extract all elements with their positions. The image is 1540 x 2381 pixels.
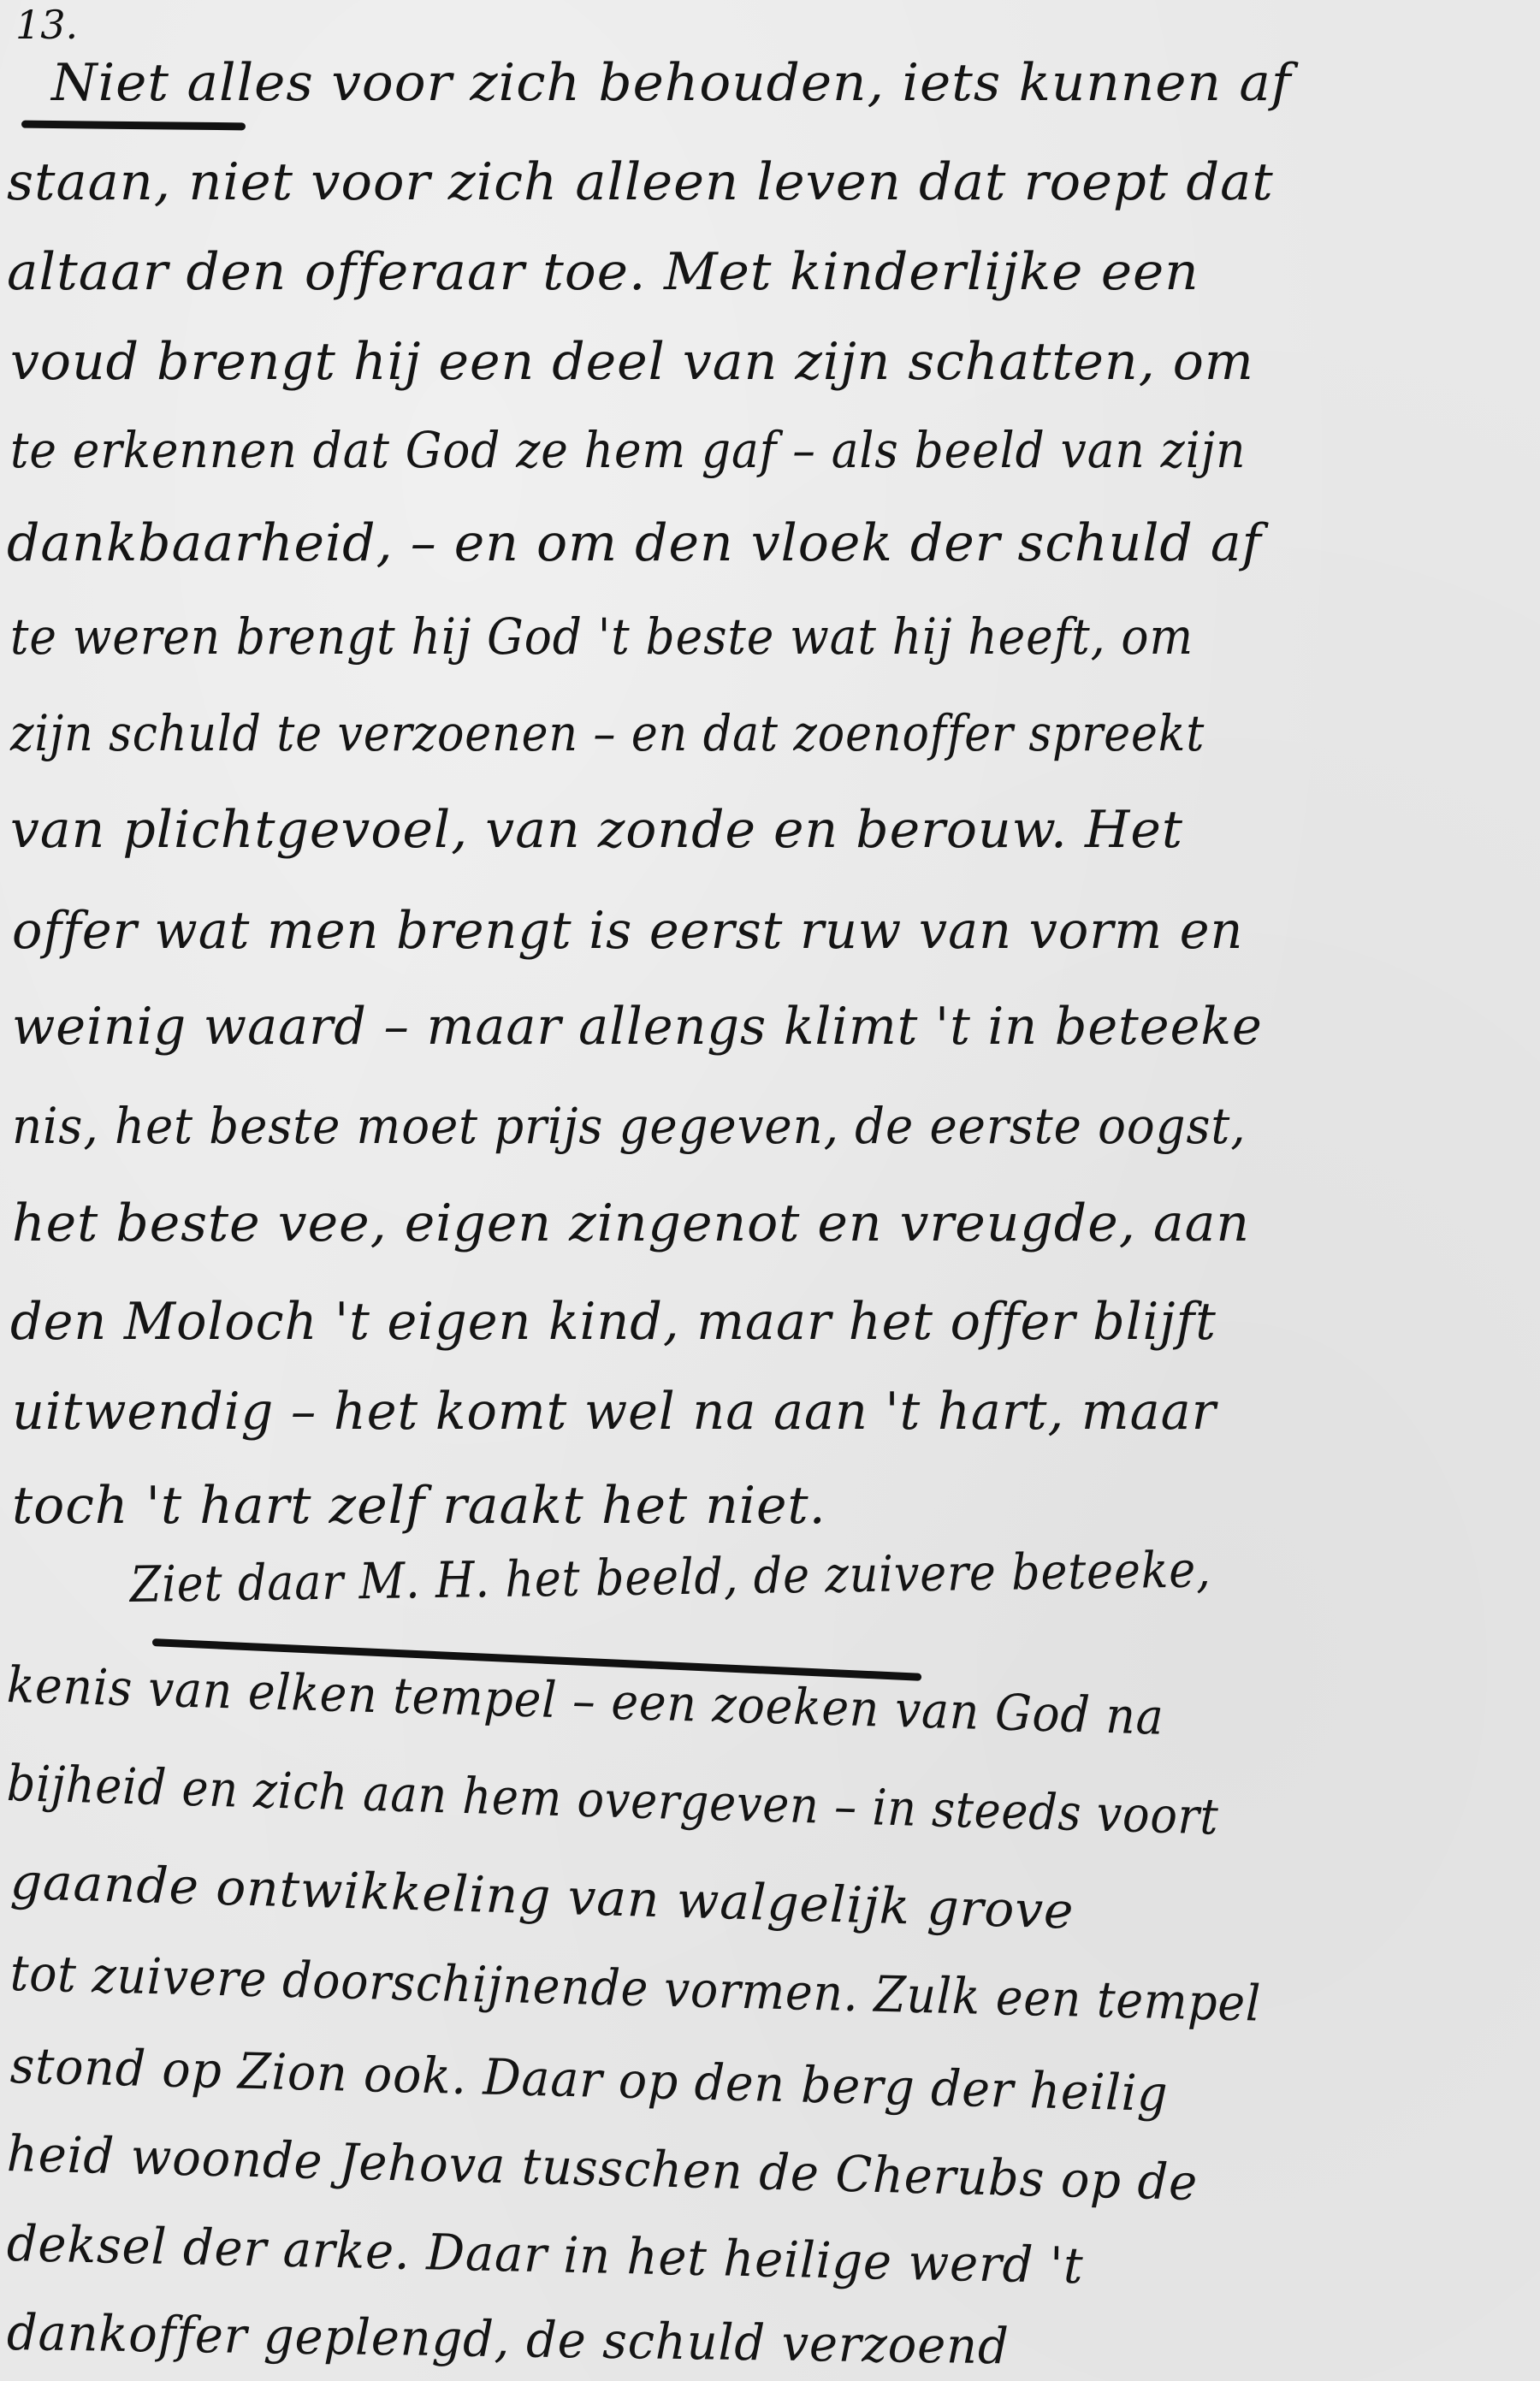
- text-line: Ziet daar M. H. het beeld, de zuivere be…: [130, 1540, 1211, 1614]
- text-line: stond op Zion ook. Daar op den berg der …: [9, 2036, 1169, 2123]
- text-line: dankbaarheid, – en om den vloek der schu…: [7, 513, 1262, 573]
- text-line: te erkennen dat God ze hem gaf – als bee…: [10, 421, 1246, 479]
- text-line: tot zuivere doorschijnende vormen. Zulk …: [9, 1944, 1262, 2033]
- text-line: voud brengt hij een deel van zijn schatt…: [10, 332, 1254, 392]
- text-line: kenis van elken tempel – een zoeken van …: [6, 1655, 1164, 1746]
- text-line: gaande ontwikkeling van walgelijk grove: [9, 1852, 1075, 1940]
- text-line: bijheid en zich aan hem overgeven – in s…: [6, 1754, 1219, 1846]
- manuscript-page: 13. Niet alles voor zich behouden, iets …: [0, 0, 1540, 2381]
- text-line: offer wat men brengt is eerst ruw van vo…: [12, 901, 1243, 961]
- text-line: altaar den offeraar toe. Met kinderlijke…: [7, 242, 1199, 302]
- text-line: Niet alles voor zich behouden, iets kunn…: [51, 53, 1292, 113]
- text-line: toch 't hart zelf raakt het niet.: [12, 1476, 826, 1536]
- text-line: van plichtgevoel, van zonde en berouw. H…: [10, 800, 1183, 860]
- text-line: uitwendig – het komt wel na aan 't hart,…: [12, 1382, 1217, 1442]
- text-line: den Moloch 't eigen kind, maar het offer…: [10, 1292, 1217, 1352]
- text-line: zijn schuld te verzoenen – en dat zoenof…: [10, 704, 1205, 762]
- text-line: deksel der arke. Daar in het heilige wer…: [6, 2214, 1084, 2295]
- text-line: het beste vee, eigen zingenot en vreugde…: [12, 1193, 1250, 1253]
- text-line: dankoffer geplengd, de schuld verzoend: [7, 2303, 1010, 2375]
- text-line: nis, het beste moet prijs gegeven, de ee…: [12, 1097, 1247, 1155]
- text-line: weinig waard – maar allengs klimt 't in …: [12, 997, 1263, 1057]
- text-line: heid woonde Jehova tusschen de Cherubs o…: [6, 2124, 1199, 2212]
- text-line: staan, niet voor zich alleen leven dat r…: [7, 152, 1274, 212]
- page-number: 13.: [15, 2, 78, 48]
- underline-stroke: [21, 121, 246, 131]
- text-line: te weren brengt hij God 't beste wat hij…: [10, 607, 1193, 666]
